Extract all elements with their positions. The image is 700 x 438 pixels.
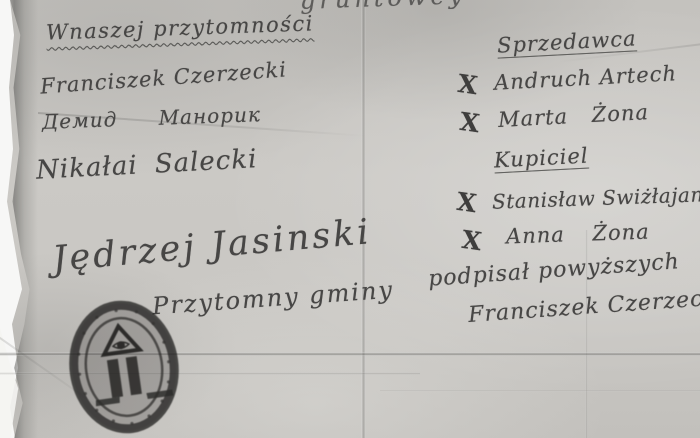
heading-in-our-presence: Wnaszej przytomności bbox=[46, 11, 315, 44]
seller-2-x-mark: X bbox=[458, 107, 481, 138]
seller-1-name: Andruch Artech bbox=[493, 61, 677, 95]
buyer-2-x-mark: X bbox=[460, 225, 483, 256]
buyer-1-x-mark: X bbox=[455, 187, 478, 218]
attestation-note: podpisał powyższych bbox=[427, 249, 680, 292]
buyer-heading: Kupiciel bbox=[493, 144, 589, 173]
attestation-signature: Franciszek Czerzecki bbox=[467, 285, 700, 328]
horizontal-crease-2 bbox=[0, 372, 420, 375]
clerk-signature: Jędrzej Jasinski bbox=[51, 212, 373, 280]
cutoff-line-fragment: gruntowey bbox=[300, 0, 467, 15]
witness-signature-3: Nikałai Salecki bbox=[35, 144, 258, 186]
seller-1-x-mark: X bbox=[456, 69, 479, 100]
witness-signature-2: Демид Манорик bbox=[42, 102, 262, 134]
buyer-2-name: Anna Żona bbox=[506, 219, 650, 248]
seal-graphic bbox=[66, 296, 182, 438]
seller-heading: Sprzedawca bbox=[496, 26, 637, 57]
witness-signature-1: Franciszek Czerzecki bbox=[39, 57, 287, 98]
seller-2-name: Marta Żona bbox=[497, 100, 649, 132]
horizontal-crease-3 bbox=[380, 390, 700, 392]
buyer-1-name: Stanisław Swiżłajan bbox=[492, 182, 700, 213]
document-scan: gruntowey Wnaszej przytomności Francisze… bbox=[0, 0, 700, 438]
seal-stamp bbox=[66, 296, 182, 438]
clerk-title: Przytomny gminy bbox=[151, 276, 395, 321]
